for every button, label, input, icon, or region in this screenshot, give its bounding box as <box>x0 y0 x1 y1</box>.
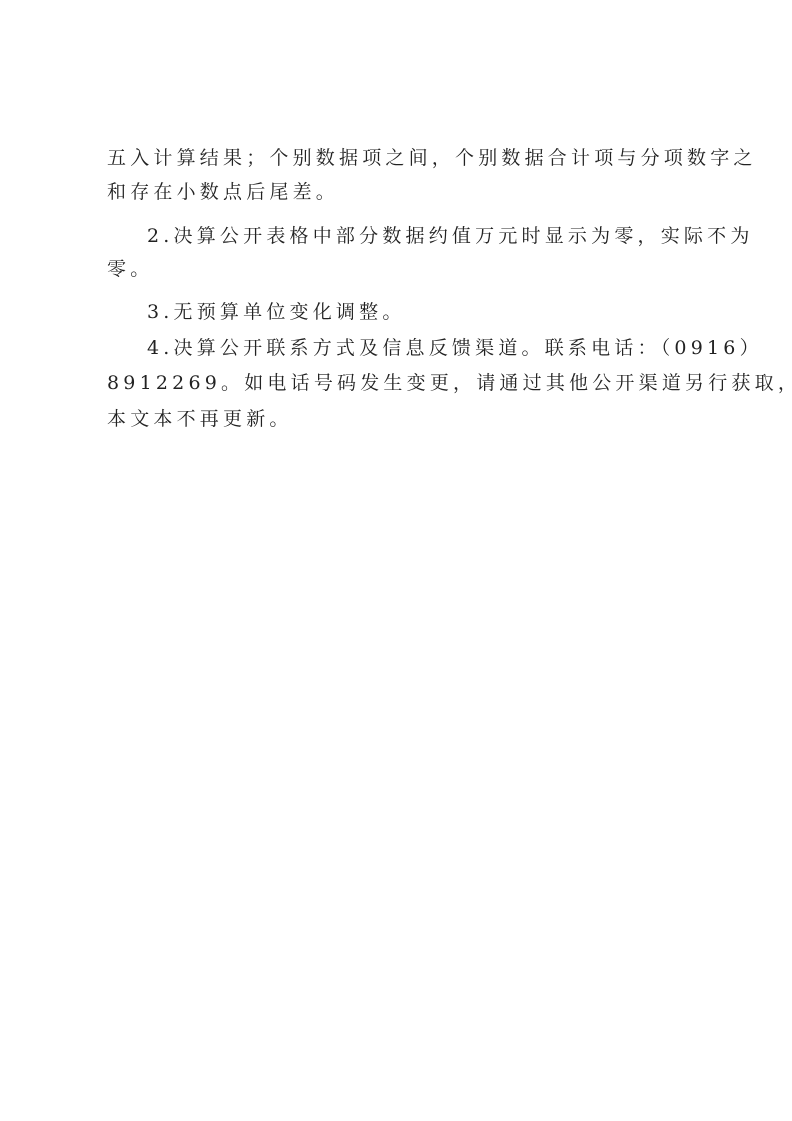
item-3-line-1: 3.无预算单位变化调整。 <box>147 300 692 324</box>
item-4-line-3: 本文本不再更新。 <box>107 407 692 431</box>
item-2-line-2: 零。 <box>107 257 692 281</box>
item-4-line-2: 8912269。如电话号码发生变更，请通过其他公开渠道另行获取， <box>107 371 692 395</box>
item-4-line-1: 4.决算公开联系方式及信息反馈渠道。联系电话：（0916） <box>147 336 692 360</box>
paragraph-1-line-1: 五入计算结果；个别数据项之间，个别数据合计项与分项数字之 <box>107 146 692 170</box>
item-2-line-1: 2.决算公开表格中部分数据约值万元时显示为零，实际不为 <box>147 224 692 248</box>
paragraph-1-line-2: 和存在小数点后尾差。 <box>107 180 692 204</box>
document-page: 五入计算结果；个别数据项之间，个别数据合计项与分项数字之 和存在小数点后尾差。 … <box>0 0 792 1121</box>
